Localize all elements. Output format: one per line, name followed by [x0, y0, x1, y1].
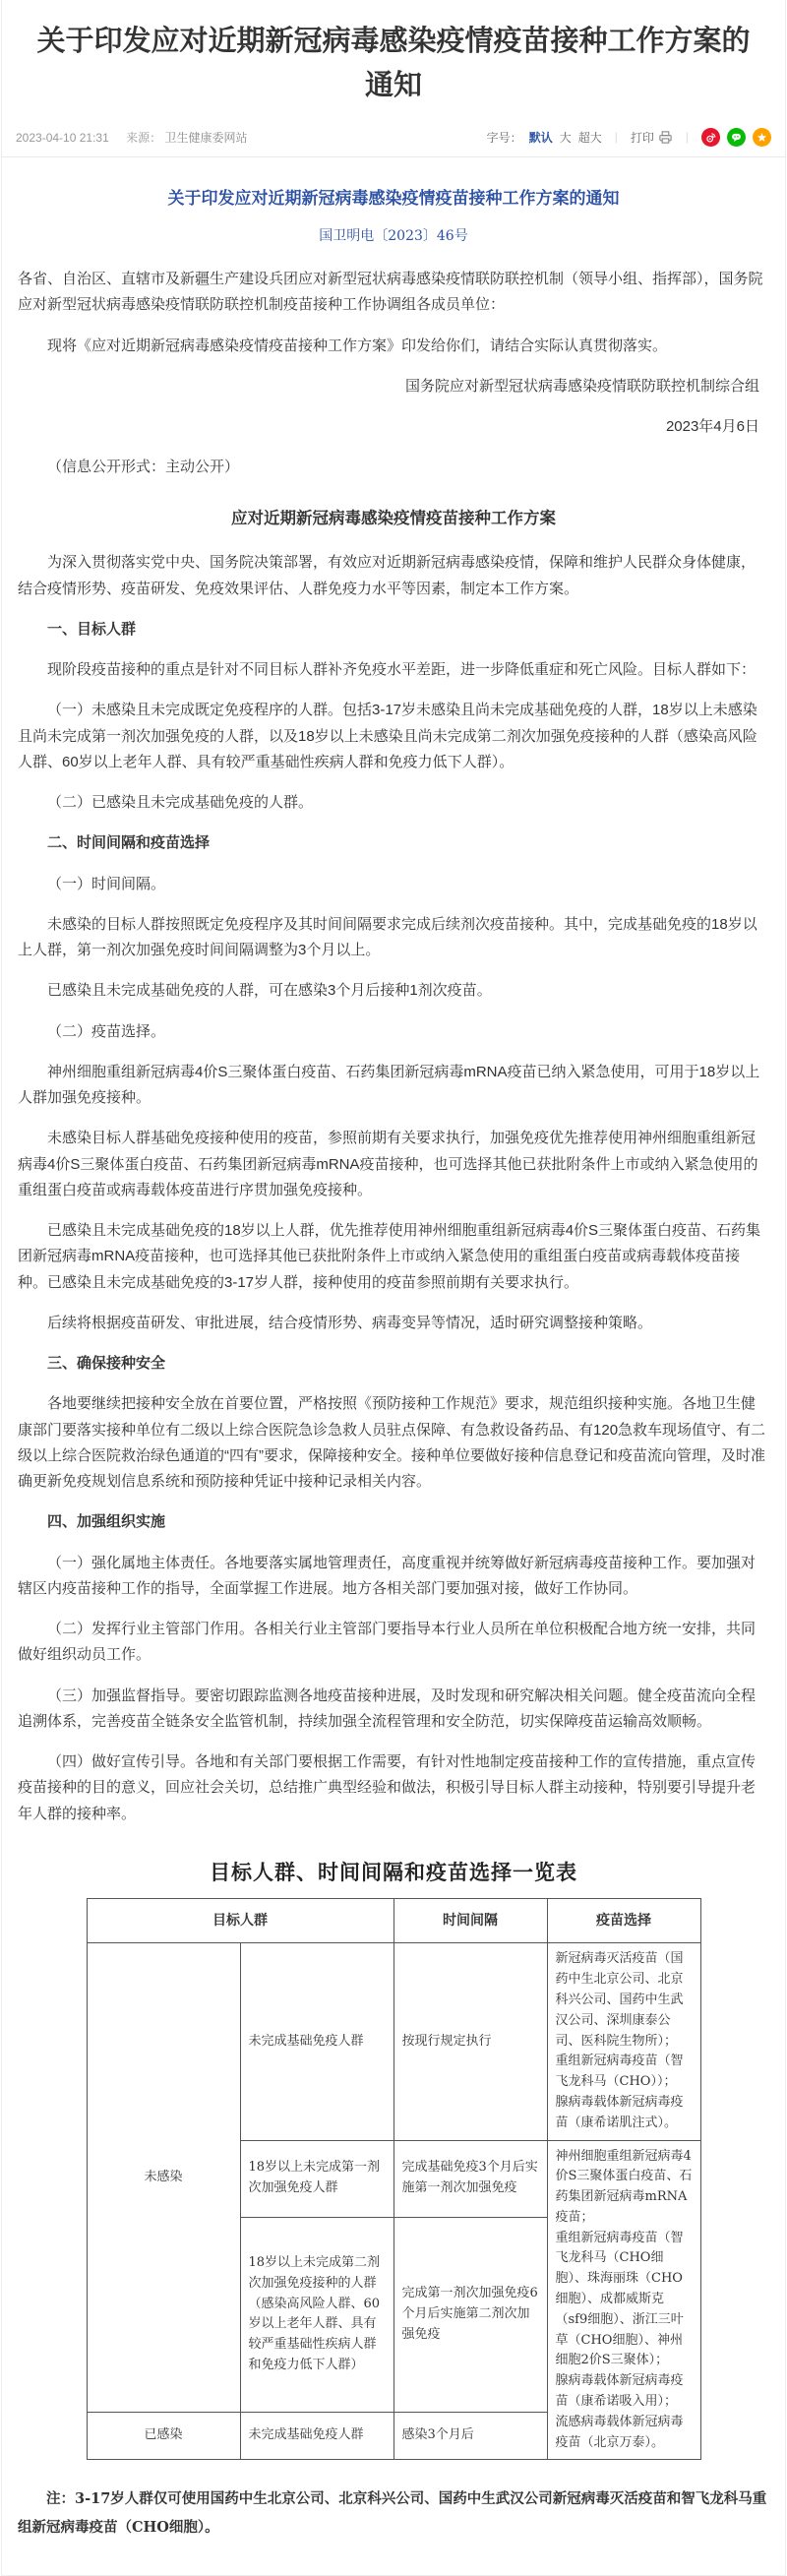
font-size-option-default[interactable]: 默认 [529, 129, 553, 146]
cell-interval: 完成基础免疫3个月后实施第一剂次加强免疫 [393, 2140, 547, 2217]
section-heading: 四、加强组织实施 [18, 1509, 769, 1535]
doc-paragraph: 后续将根据疫苗研发、审批进展，结合疫情形势、病毒变异等情况，适时研究调整接种策略… [18, 1311, 769, 1336]
col-header-interval: 时间间隔 [393, 1898, 547, 1942]
doc-paragraph: 各省、自治区、直辖市及新疆生产建设兵团应对新型冠状病毒感染疫情联防联控机制（领导… [18, 267, 769, 319]
table-note: 注：3-17岁人群仅可使用国药中生北京公司、北京科兴公司、国药中生武汉公司新冠病… [18, 2485, 769, 2542]
divider: | [615, 130, 618, 144]
source-label: 来源： [126, 131, 161, 145]
source-name: 卫生健康委网站 [164, 131, 247, 145]
doc-paragraph: 为深入贯彻落实党中央、国务院决策部署，有效应对近期新冠病毒感染疫情，保障和维护人… [18, 550, 769, 602]
cell-group: 未完成基础免疫人群 [240, 1943, 393, 2140]
font-size-option-xlarge[interactable]: 超大 [578, 129, 602, 146]
table-row: 未感染 未完成基础免疫人群 按现行规定执行 新冠病毒灭活疫苗（国药中生北京公司、… [87, 1943, 700, 2140]
doc-paragraph: 已感染且未完成基础免疫的人群，可在感染3个月后接种1剂次疫苗。 [18, 978, 769, 1004]
cell-interval: 按现行规定执行 [393, 1943, 547, 2140]
publish-datetime: 2023-04-10 21:31 [16, 131, 109, 145]
doc-paragraph: （二）疫苗选择。 [18, 1019, 769, 1045]
table-header-row: 目标人群 时间间隔 疫苗选择 [87, 1898, 700, 1942]
doc-paragraph: （信息公开形式：主动公开） [18, 455, 769, 480]
font-size-label: 字号： [487, 129, 522, 146]
cell-vaccine: 新冠病毒灭活疫苗（国药中生北京公司、北京科兴公司、国药中生武汉公司、深圳康泰公司… [547, 1943, 700, 2140]
cell-interval: 完成第一剂次加强免疫6个月后实施第二剂次加强免疫 [393, 2217, 547, 2412]
doc-paragraph: 各地要继续把接种安全放在首要位置，严格按照《预防接种工作规范》要求，规范组织接种… [18, 1391, 769, 1495]
cell-group: 18岁以上未完成第二剂次加强免疫接种的人群（感染高风险人群、60岁以上老年人群、… [240, 2217, 393, 2412]
signature-line: 2023年4月6日 [18, 414, 769, 440]
cell-interval: 感染3个月后 [393, 2412, 547, 2460]
favorite-star-icon[interactable] [753, 128, 771, 147]
doc-paragraph: （四）做好宣传引导。各地和有关部门要根据工作需要，有针对性地制定疫苗接种工作的宣… [18, 1749, 769, 1827]
col-header-target-group: 目标人群 [87, 1898, 393, 1942]
meta-bar: 2023-04-10 21:31 来源： 卫生健康委网站 字号： 默认 大 超大… [2, 114, 785, 157]
wechat-share-icon[interactable] [727, 128, 746, 147]
doc-paragraph: （二）已感染且未完成基础免疫的人群。 [18, 790, 769, 816]
wechat-glyph [730, 131, 743, 144]
print-button[interactable]: 打印 [631, 129, 673, 146]
doc-paragraph: 现阶段疫苗接种的重点是针对不同目标人群补齐免疫水平差距，进一步降低重症和死亡风险… [18, 657, 769, 683]
article-page: 关于印发应对近期新冠病毒感染疫情疫苗接种工作方案的通知 2023-04-10 2… [1, 0, 786, 2576]
font-size-option-large[interactable]: 大 [560, 129, 572, 146]
cell-group: 未完成基础免疫人群 [240, 2412, 393, 2460]
doc-paragraph: 神州细胞重组新冠病毒4价S三聚体蛋白疫苗、石药集团新冠病毒mRNA疫苗已纳入紧急… [18, 1060, 769, 1112]
signature-line: 国务院应对新型冠状病毒感染疫情联防联控机制综合组 [18, 374, 769, 399]
doc-number: 国卫明电〔2023〕46号 [18, 225, 769, 245]
doc-paragraph: （一）强化属地主体责任。各地要落实属地管理责任，高度重视并统筹做好新冠病毒疫苗接… [18, 1551, 769, 1603]
meta-left: 2023-04-10 21:31 来源： 卫生健康委网站 [16, 129, 247, 146]
star-glyph [756, 131, 768, 144]
cell-vaccine: 神州细胞重组新冠病毒4价S三聚体蛋白疫苗、石药集团新冠病毒mRNA疫苗； 重组新… [547, 2140, 700, 2460]
doc-paragraph: 现将《应对近期新冠病毒感染疫情疫苗接种工作方案》印发给你们，请结合实际认真贯彻落… [18, 334, 769, 359]
vaccine-table: 目标人群 时间间隔 疫苗选择 未感染 未完成基础免疫人群 按现行规定执行 新冠病… [87, 1898, 701, 2461]
page-header: 关于印发应对近期新冠病毒感染疫情疫苗接种工作方案的通知 2023-04-10 2… [2, 0, 785, 157]
col-header-vaccine: 疫苗选择 [547, 1898, 700, 1942]
doc-paragraph: 未感染的目标人群按照既定免疫程序及其时间间隔要求完成后续剂次疫苗接种。其中，完成… [18, 912, 769, 964]
doc-paragraph: 已感染且未完成基础免疫的18岁以上人群，优先推荐使用神州细胞重组新冠病毒4价S三… [18, 1218, 769, 1296]
doc-paragraph: 未感染目标人群基础免疫接种使用的疫苗，参照前期有关要求执行，加强免疫优先推荐使用… [18, 1126, 769, 1203]
section-heading: 二、时间间隔和疫苗选择 [18, 830, 769, 856]
doc-paragraph: （二）发挥行业主管部门作用。各相关行业主管部门要指导本行业人员所在单位积极配合地… [18, 1617, 769, 1669]
doc-paragraph: （一）时间间隔。 [18, 872, 769, 897]
doc-paragraph: （三）加强监督指导。要密切跟踪监测各地疫苗接种进展，及时发现和研究解决相关问题。… [18, 1684, 769, 1736]
print-label: 打印 [631, 129, 654, 146]
doc-paragraph: （一）未感染且未完成既定免疫程序的人群。包括3-17岁未感染且尚未完成基础免疫的… [18, 698, 769, 775]
doc-title: 关于印发应对近期新冠病毒感染疫情疫苗接种工作方案的通知 [18, 185, 769, 212]
page-title: 关于印发应对近期新冠病毒感染疫情疫苗接种工作方案的通知 [2, 0, 785, 114]
table-caption: 目标人群、时间间隔和疫苗选择一览表 [18, 1857, 769, 1886]
weibo-glyph [704, 131, 717, 144]
printer-icon [658, 130, 673, 145]
cell-group: 18岁以上未完成第一剂次加强免疫人群 [240, 2140, 393, 2217]
weibo-share-icon[interactable] [701, 128, 720, 147]
section-heading: 一、目标人群 [18, 617, 769, 643]
doc-paragraphs: 各省、自治区、直辖市及新疆生产建设兵团应对新型冠状病毒感染疫情联防联控机制（领导… [18, 267, 769, 1827]
divider: | [686, 130, 689, 144]
meta-toolbar: 字号： 默认 大 超大 | 打印 | [487, 128, 771, 147]
section-heading: 三、确保接种安全 [18, 1351, 769, 1377]
document-body: 关于印发应对近期新冠病毒感染疫情疫苗接种工作方案的通知 国卫明电〔2023〕46… [2, 157, 785, 2575]
plan-title: 应对近期新冠病毒感染疫情疫苗接种工作方案 [18, 505, 769, 533]
cell-status-uninfected: 未感染 [87, 1943, 240, 2413]
cell-status-infected: 已感染 [87, 2412, 240, 2460]
